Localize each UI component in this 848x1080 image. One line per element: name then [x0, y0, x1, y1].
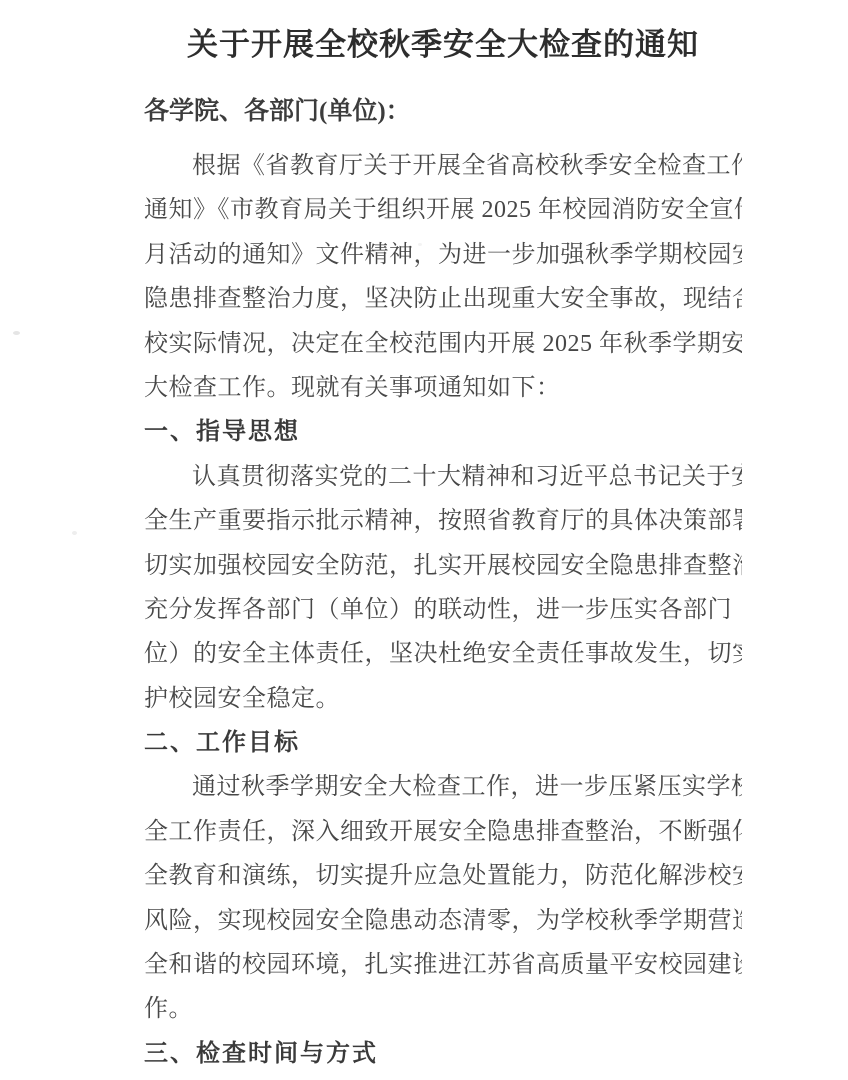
scan-speck — [72, 531, 77, 535]
section-heading: 三、检查时间与方式 — [144, 1032, 742, 1076]
text-line: 充分发挥各部门（单位）的联动性，进一步压实各部门（单 — [144, 588, 742, 632]
salutation-line: 各学院、各部门(单位)： — [144, 94, 742, 130]
text-line: 全教育和演练，切实提升应急处置能力，防范化解涉校安全 — [144, 854, 742, 898]
text-line: 大检查工作。现就有关事项通知如下： — [144, 366, 742, 410]
scan-speck — [418, 243, 422, 246]
text-line: 护校园安全稳定。 — [144, 677, 742, 721]
text-line: 校实际情况，决定在全校范围内开展 2025 年秋季学期安全 — [144, 322, 742, 366]
section-heading: 一、指导思想 — [144, 410, 742, 454]
text-line: 切实加强校园安全防范，扎实开展校园安全隐患排查整治， — [144, 544, 742, 588]
text-line: 认真贯彻落实党的二十大精神和习近平总书记关于安 — [144, 455, 742, 499]
text-line: 月活动的通知》文件精神，为进一步加强秋季学期校园安全 — [144, 233, 742, 277]
text-line: 隐患排查整治力度，坚决防止出现重大安全事故，现结合我 — [144, 277, 742, 321]
text-line: 作。 — [144, 987, 742, 1031]
text-line: 位）的安全主体责任，坚决杜绝安全责任事故发生，切实维 — [144, 632, 742, 676]
text-line: 通过秋季学期安全大检查工作，进一步压紧压实学校安 — [144, 765, 742, 809]
text-line: 风险，实现校园安全隐患动态清零，为学校秋季学期营造安 — [144, 899, 742, 943]
section-heading: 二、工作目标 — [144, 721, 742, 765]
document-page: 关于开展全校秋季安全大检查的通知 各学院、各部门(单位)： 根据《省教育厅关于开… — [0, 0, 848, 1080]
text-line: 全工作责任，深入细致开展安全隐患排查整治，不断强化安 — [144, 810, 742, 854]
text-line: 全生产重要指示批示精神，按照省教育厅的具体决策部署， — [144, 499, 742, 543]
document-title: 关于开展全校秋季安全大检查的通知 — [144, 21, 742, 69]
document-body: 根据《省教育厅关于开展全省高校秋季安全检查工作的通知》《市教育局关于组织开展 2… — [144, 144, 742, 1076]
text-line: 全和谐的校园环境，扎实推进江苏省高质量平安校园建设工 — [144, 943, 742, 987]
text-line: 根据《省教育厅关于开展全省高校秋季安全检查工作的 — [144, 144, 742, 188]
text-line: 通知》《市教育局关于组织开展 2025 年校园消防安全宣传 — [144, 188, 742, 232]
scan-speck — [13, 331, 20, 335]
